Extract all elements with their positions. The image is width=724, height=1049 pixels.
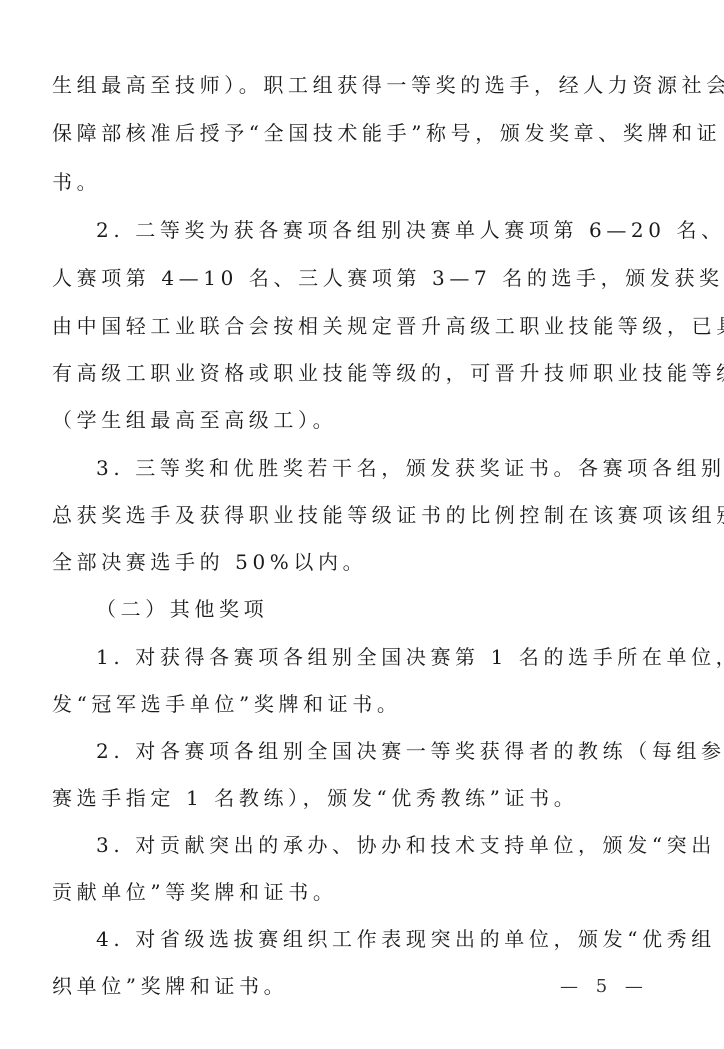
paragraph-start-line: 3. 三等奖和优胜奖若干名，颁发获奖证书。各赛项各组别 xyxy=(96,456,672,480)
document-page: 生组最高至技师）。职工组获得一等奖的选手，经人力资源社会 保障部核准后授予“全国… xyxy=(0,0,724,1049)
text-line: 发“冠军选手单位”奖牌和证书。 xyxy=(52,692,672,716)
text-line: 赛选手指定 1 名教练），颁发“优秀教练”证书。 xyxy=(52,786,672,810)
text-line: 贡献单位”等奖牌和证书。 xyxy=(52,880,672,904)
page-number: — 5 — xyxy=(560,976,649,997)
text-line: 生组最高至技师）。职工组获得一等奖的选手，经人力资源社会 xyxy=(52,73,672,97)
text-line: 由中国轻工业联合会按相关规定晋升高级工职业技能等级，已具 xyxy=(52,314,672,338)
text-line: （学生组最高至高级工）。 xyxy=(52,408,672,432)
section-heading: （二）其他奖项 xyxy=(96,597,672,621)
text-line: 有高级工职业资格或职业技能等级的，可晋升技师职业技能等级 xyxy=(52,361,672,385)
text-line: 人赛项第 4—10 名、三人赛项第 3—7 名的选手，颁发获奖证书， xyxy=(52,266,672,290)
text-line: 书。 xyxy=(52,170,672,194)
paragraph-start-line: 2. 对各赛项各组别全国决赛一等奖获得者的教练（每组参 xyxy=(96,739,672,763)
text-line: 保障部核准后授予“全国技术能手”称号，颁发奖章、奖牌和证 xyxy=(52,121,672,145)
text-line: 总获奖选手及获得职业技能等级证书的比例控制在该赛项该组别 xyxy=(52,503,672,527)
paragraph-start-line: 1. 对获得各赛项各组别全国决赛第 1 名的选手所在单位，颁 xyxy=(96,645,672,669)
paragraph-start-line: 3. 对贡献突出的承办、协办和技术支持单位，颁发“突出 xyxy=(96,833,672,857)
paragraph-start-line: 2. 二等奖为获各赛项各组别决赛单人赛项第 6—20 名、双 xyxy=(96,218,672,242)
text-line: 全部决赛选手的 50%以内。 xyxy=(52,550,672,574)
paragraph-start-line: 4. 对省级选拔赛组织工作表现突出的单位，颁发“优秀组 xyxy=(96,927,672,951)
